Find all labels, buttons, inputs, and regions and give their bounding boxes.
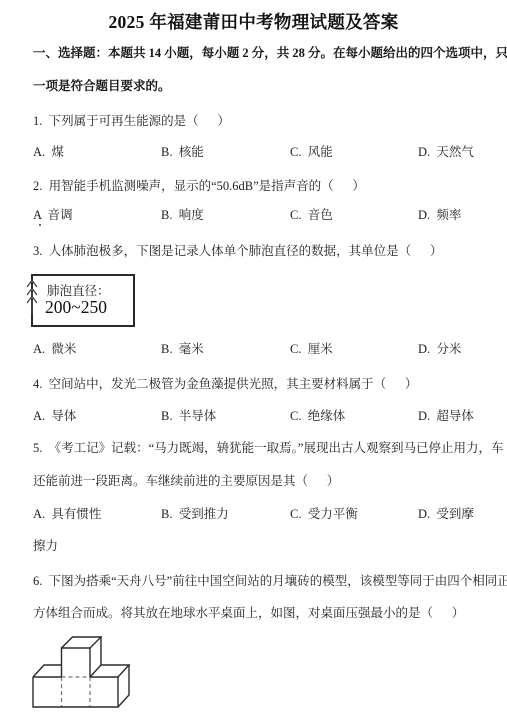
data-box-value: 200~250 bbox=[45, 297, 107, 318]
question-6-text-line1: 6. 下图为搭乘“天舟八号”前往中国空间站的月壤砖的模型，该模型等同于由四个相同… bbox=[33, 574, 481, 589]
question-5-option-a: A. 具有惯性 bbox=[33, 507, 101, 522]
question-5-text-line2: 还能前进一段距离。车继续前进的主要原因是其（ ） bbox=[33, 474, 481, 489]
question-2-option-c: C. 音色 bbox=[290, 208, 333, 223]
question-4-options: A. 导体 B. 半导体 C. 绝缘体 D. 超导体 bbox=[0, 409, 507, 425]
question-4-option-a: A. 导体 bbox=[33, 409, 76, 424]
question-5-text-line1: 5. 《考工记》记载：“马力既竭，辀犹能一取焉。”展现出古人观察到马已停止用力，… bbox=[33, 441, 481, 456]
question-3-option-d: D. 分米 bbox=[418, 342, 461, 357]
question-1-options: A. 煤 B. 核能 C. 风能 D. 天然气 bbox=[0, 145, 507, 161]
alveolus-diameter-data-box: 肺泡直径： 200~250 bbox=[31, 274, 135, 327]
question-4-text: 4. 空间站中，发光二极管为金鱼藻提供光照，其主要材料属于（ ） bbox=[33, 377, 481, 392]
question-4-option-c: C. 绝缘体 bbox=[290, 409, 345, 424]
question-1-option-b: B. 核能 bbox=[161, 145, 204, 160]
question-2-option-b: B. 响度 bbox=[161, 208, 204, 223]
section-header-line2: 一项是符合题目要求的。 bbox=[33, 79, 481, 94]
question-2-text: 2. 用智能手机监测噪声，显示的“50.6dB”是指声音的（ ） bbox=[33, 179, 481, 194]
question-5-option-b: B. 受到推力 bbox=[161, 507, 229, 522]
question-5-options: A. 具有惯性 B. 受到推力 C. 受力平衡 D. 受到摩 bbox=[0, 507, 507, 523]
section-header-line1: 一、选择题：本题共 14 小题，每小题 2 分，共 28 分。在每小题给出的四个… bbox=[33, 46, 481, 61]
question-5-option-d: D. 受到摩 bbox=[418, 507, 474, 522]
four-cube-t-shaped-model-figure bbox=[28, 630, 143, 715]
question-6-text-line2: 方体组合而成。将其放在地球水平桌面上，如图，对桌面压强最小的是（ ） bbox=[33, 606, 481, 621]
triple-chevron-up-icon bbox=[24, 278, 40, 316]
question-3-options: A. 微米 B. 毫米 C. 厘米 D. 分米 bbox=[0, 342, 507, 358]
question-1-option-a: A. 煤 bbox=[33, 145, 64, 160]
question-1-option-d: D. 天然气 bbox=[418, 145, 474, 160]
question-3-option-b: B. 毫米 bbox=[161, 342, 204, 357]
question-2-options: A 音调 B. 响度 C. 音色 D. 频率 bbox=[0, 208, 507, 224]
question-2-option-d: D. 频率 bbox=[418, 208, 461, 223]
exam-document-page: 2025 年福建莆田中考物理试题及答案 一、选择题：本题共 14 小题，每小题 … bbox=[0, 0, 507, 724]
question-4-option-b: B. 半导体 bbox=[161, 409, 216, 424]
stray-period-mark bbox=[39, 224, 41, 226]
exam-title: 2025 年福建莆田中考物理试题及答案 bbox=[0, 9, 507, 34]
question-5-option-c: C. 受力平衡 bbox=[290, 507, 358, 522]
question-3-option-a: A. 微米 bbox=[33, 342, 76, 357]
question-1-option-c: C. 风能 bbox=[290, 145, 333, 160]
question-5-option-d-wrap: 擦力 bbox=[33, 539, 481, 554]
question-4-option-d: D. 超导体 bbox=[418, 409, 474, 424]
question-1-text: 1. 下列属于可再生能源的是（ ） bbox=[33, 114, 481, 129]
question-3-text: 3. 人体肺泡极多，下图是记录人体单个肺泡直径的数据，其单位是（ ） bbox=[33, 244, 481, 259]
question-2-option-a: A 音调 bbox=[33, 208, 73, 223]
question-3-option-c: C. 厘米 bbox=[290, 342, 333, 357]
